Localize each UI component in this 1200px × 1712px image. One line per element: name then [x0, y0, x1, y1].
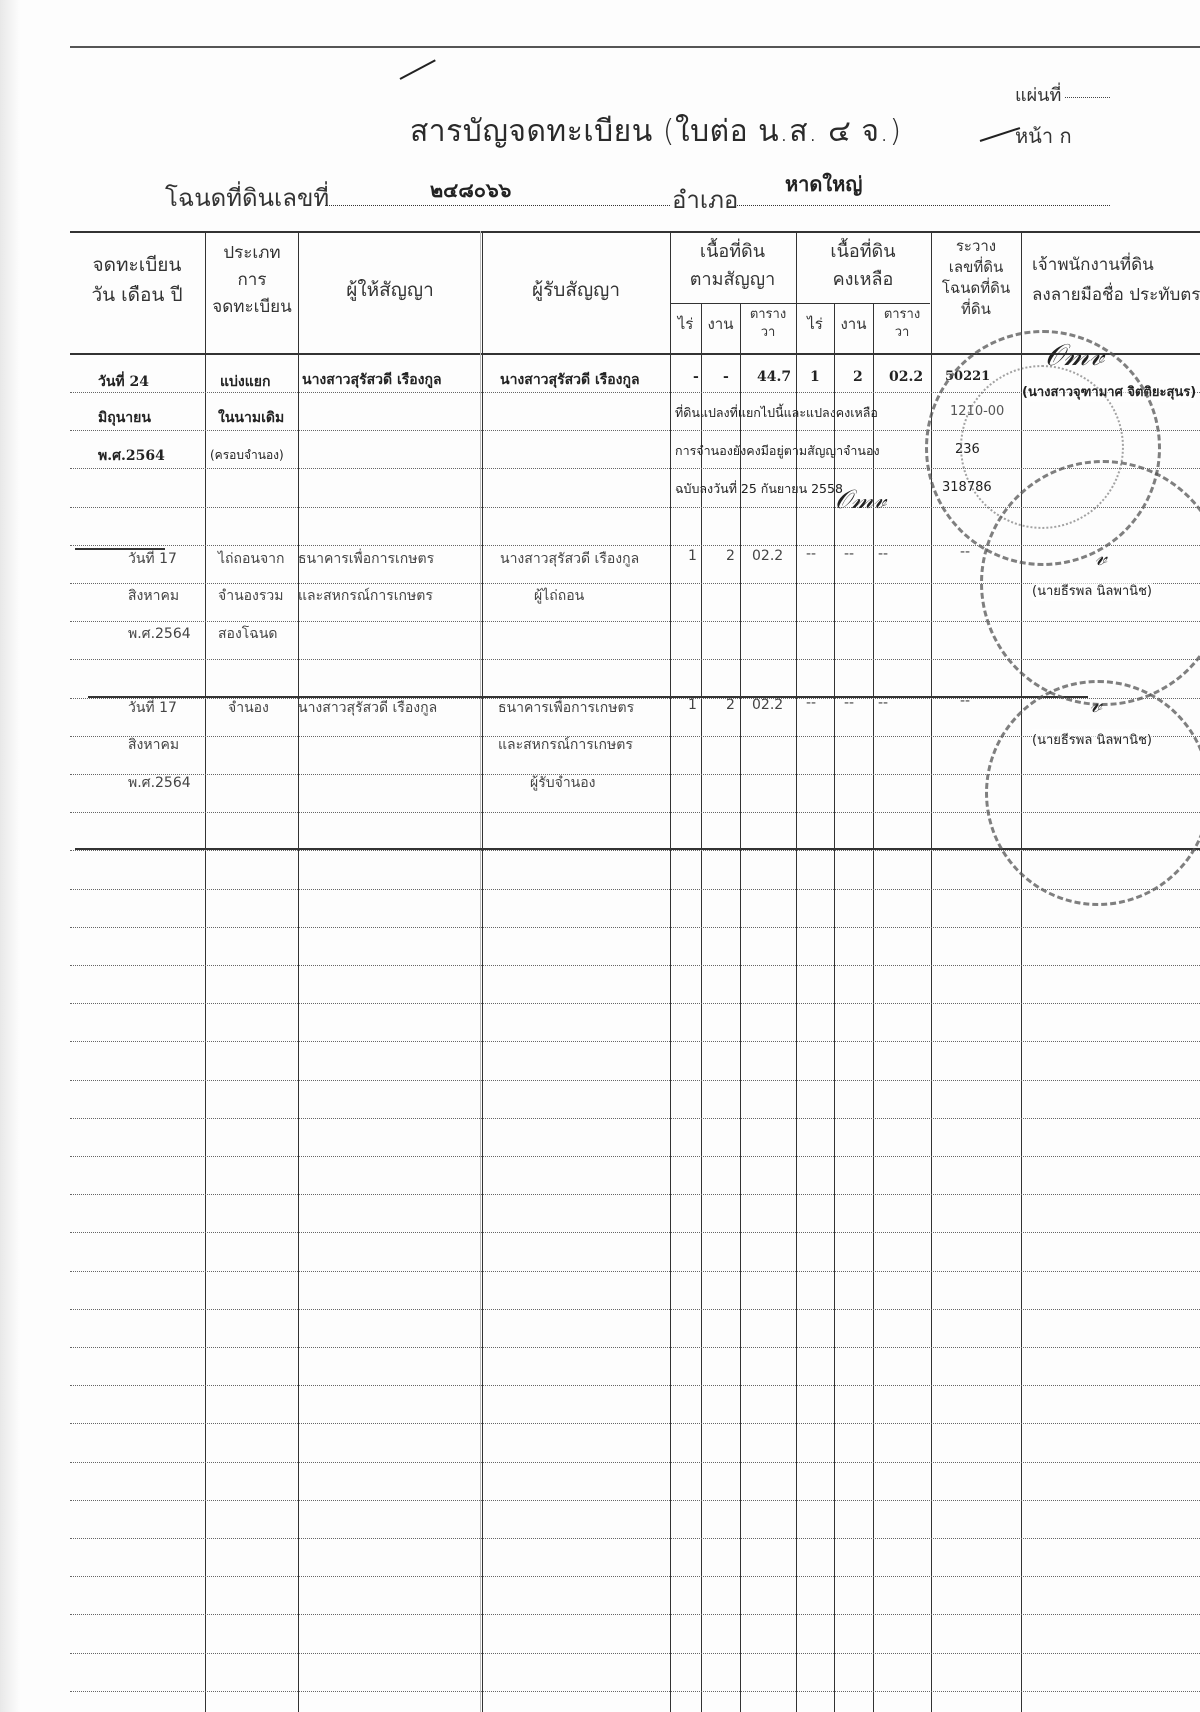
- entry-3-type-1: จำนอง: [228, 697, 269, 719]
- row-divider: [70, 1347, 1200, 1348]
- header-area-remaining-line1: เนื้อที่ดิน: [796, 238, 930, 266]
- row-divider: [70, 1614, 1200, 1615]
- contract-unit-ngan: งาน: [701, 315, 740, 333]
- entry-2-remaining-wa: --: [878, 546, 888, 562]
- column-divider: [482, 231, 483, 1712]
- registration-page: สารบัญจดทะเบียน (ใบต่อ น.ส. ๔ จ.) แผ่นที…: [0, 0, 1200, 1712]
- header-grantor: ผู้ให้สัญญา: [300, 275, 480, 305]
- entry-1-note-1: ที่ดินแปลงที่แยกไปนี้และแปลงคงเหลือ: [675, 403, 878, 423]
- entry-3-contract-ngan: 2: [726, 697, 735, 713]
- row-divider: [70, 1156, 1200, 1157]
- column-divider: [480, 231, 481, 1712]
- entry-1-grantor: นางสาวสุรัสวดี เรืองกูล: [302, 369, 442, 391]
- row-divider: [70, 1118, 1200, 1119]
- header-type-line2: การ: [206, 267, 298, 294]
- entry-1-grantee: นางสาวสุรัสวดี เรืองกูล: [500, 369, 640, 391]
- header-area-contract-line1: เนื้อที่ดิน: [670, 238, 795, 266]
- entry-2-separator: [75, 548, 165, 550]
- page-label: หน้า ก: [1015, 120, 1072, 152]
- entry-1-date-month: มิถุนายน: [98, 407, 151, 429]
- row-divider: [70, 1653, 1200, 1654]
- header-date: จดทะเบียน วัน เดือน ปี: [72, 250, 202, 310]
- area-subheader-line: [670, 303, 930, 304]
- entry-1-date-year: พ.ศ.2564: [98, 445, 165, 467]
- district-field: [735, 205, 1110, 206]
- entry-3-grantee-3: ผู้รับจำนอง: [530, 772, 596, 794]
- remaining-unit-ngan: งาน: [834, 315, 873, 333]
- row-divider: [70, 965, 1200, 966]
- entry-2-grantee-2: ผู้ไถ่ถอน: [534, 585, 584, 607]
- row-divider: [70, 1385, 1200, 1386]
- header-area-contract: เนื้อที่ดิน ตามสัญญา: [670, 238, 795, 294]
- district-label: อำเภอ: [672, 180, 738, 219]
- entry-3-date-year: พ.ศ.2564: [128, 772, 191, 794]
- row-divider: [70, 1691, 1200, 1692]
- row-divider: [70, 1309, 1200, 1310]
- entry-3-grantor-1: นางสาวสุรัสวดี เรืองกูล: [298, 697, 437, 719]
- entry-3-grantee-2: และสหกรณ์การเกษตร: [498, 734, 633, 756]
- row-divider: [70, 1538, 1200, 1539]
- row-divider: [70, 1500, 1200, 1501]
- row-divider: [70, 1080, 1200, 1081]
- entry-1-type-3: (ครอบจำนอง): [210, 446, 284, 465]
- header-parcel-line1: ระวาง: [931, 236, 1021, 257]
- entry-2-grantor-2: และสหกรณ์การเกษตร: [298, 585, 433, 607]
- entry-3-signature: 𝓋: [1090, 690, 1102, 718]
- entry-1-note-2: การจำนองยังคงมีอยู่ตามสัญญาจำนอง: [675, 441, 880, 461]
- entry-2-date-day: วันที่ 17: [128, 548, 177, 570]
- header-official-line1: เจ้าพนักงานที่ดิน: [1032, 250, 1200, 280]
- entry-1-type-2: ในนามเดิม: [218, 407, 284, 429]
- entry-3-contract-wa: 02.2: [752, 697, 783, 713]
- entry-2-remaining-rai: --: [806, 546, 816, 562]
- header-parcel-line4: ที่ดิน: [931, 299, 1021, 320]
- entry-3-date-month: สิงหาคม: [128, 734, 179, 756]
- remaining-unit-wa: ตาราง วา: [873, 306, 931, 342]
- entry-3-contract-rai: 1: [688, 697, 697, 713]
- sheet-number-field: [1065, 97, 1110, 98]
- sheet-label: แผ่นที่: [1015, 80, 1061, 109]
- header-official-line2: ลงลายมือชื่อ ประทับตรา: [1032, 280, 1200, 310]
- entry-2-type-3: สองโฉนด: [218, 623, 278, 645]
- entry-2-date-year: พ.ศ.2564: [128, 623, 191, 645]
- deed-number: ๒๔๘๐๖๖: [430, 174, 511, 206]
- contract-unit-rai: ไร่: [670, 315, 701, 333]
- row-divider: [70, 1041, 1200, 1042]
- entry-2-remaining-ngan: --: [844, 546, 854, 562]
- document-title: สารบัญจดทะเบียน (ใบต่อ น.ส. ๔ จ.): [410, 108, 902, 155]
- district-value: หาดใหญ่: [785, 168, 862, 200]
- pen-mark: [400, 59, 436, 80]
- entry-2-signature: 𝓋: [1095, 543, 1107, 571]
- top-border: [70, 46, 1200, 48]
- column-divider: [298, 231, 299, 1712]
- entry-3-grantee-1: ธนาคารเพื่อการเกษตร: [498, 697, 634, 719]
- entry-3-separator: [88, 696, 1088, 698]
- header-official: เจ้าพนักงานที่ดิน ลงลายมือชื่อ ประทับตรา: [1022, 250, 1200, 310]
- entry-2-contract-ngan: 2: [726, 548, 735, 564]
- deed-label: โฉนดที่ดินเลขที่: [165, 178, 329, 217]
- table-top-border: [70, 231, 1200, 233]
- header-type-line3: จดทะเบียน: [206, 294, 298, 321]
- row-divider: [70, 1462, 1200, 1463]
- column-divider: [205, 231, 206, 1712]
- header-date-line1: จดทะเบียน: [72, 250, 202, 280]
- entry-1-remaining-rai: 1: [810, 369, 820, 385]
- contract-unit-wa: ตาราง วา: [740, 306, 796, 342]
- row-divider: [70, 1194, 1200, 1195]
- entry-1-contract-wa: 44.7: [757, 369, 791, 385]
- entry-2-contract-rai: 1: [688, 548, 697, 564]
- header-type: ประเภท การ จดทะเบียน: [206, 240, 298, 321]
- header-area-contract-line2: ตามสัญญา: [670, 266, 795, 294]
- entry-1-note-3: ฉบับลงวันที่ 25 กันยายน 2558: [675, 479, 843, 499]
- entry-1-remaining-wa: 02.2: [889, 369, 923, 385]
- header-type-line1: ประเภท: [206, 240, 298, 267]
- header-parcel: ระวาง เลขที่ดิน โฉนดที่ดิน ที่ดิน: [931, 236, 1021, 320]
- entry-2-date-month: สิงหาคม: [128, 585, 179, 607]
- header-date-line2: วัน เดือน ปี: [72, 280, 202, 310]
- header-area-remaining-line2: คงเหลือ: [796, 266, 930, 294]
- remaining-unit-rai: ไร่: [796, 315, 834, 333]
- header-parcel-line2: เลขที่ดิน: [931, 257, 1021, 278]
- header-parcel-line3: โฉนดที่ดิน: [931, 278, 1021, 299]
- row-divider: [70, 1576, 1200, 1577]
- entry-2-type-1: ไถ่ถอนจาก: [218, 548, 285, 570]
- entry-2-grantee-1: นางสาวสุรัสวดี เรืองกูล: [500, 548, 639, 570]
- row-divider: [70, 1003, 1200, 1004]
- row-divider: [70, 889, 1200, 890]
- entry-1-remaining-ngan: 2: [853, 369, 863, 385]
- header-area-remaining: เนื้อที่ดิน คงเหลือ: [796, 238, 930, 294]
- entry-1-contract-ngan: -: [723, 369, 729, 385]
- header-grantee: ผู้รับสัญญา: [482, 275, 670, 305]
- entry-1-date-day: วันที่ 24: [98, 371, 149, 393]
- scan-shadow: [0, 0, 20, 1712]
- entry-1-type-1: แบ่งแยก: [220, 371, 270, 393]
- entry-2-type-2: จำนองรวม: [218, 585, 284, 607]
- row-divider: [70, 1232, 1200, 1233]
- entry-1-signature-note: 𝒪𝓂𝓋: [835, 485, 886, 516]
- row-divider: [70, 927, 1200, 928]
- entry-2-parcel-mark: --: [960, 544, 970, 560]
- entry-2-contract-wa: 02.2: [752, 548, 783, 564]
- row-divider: [70, 1271, 1200, 1272]
- row-divider: [70, 1423, 1200, 1424]
- column-divider: [670, 231, 671, 1712]
- entry-3-date-day: วันที่ 17: [128, 697, 177, 719]
- entry-1-contract-rai: -: [693, 369, 699, 385]
- entry-2-grantor-1: ธนาคารเพื่อการเกษตร: [298, 548, 434, 570]
